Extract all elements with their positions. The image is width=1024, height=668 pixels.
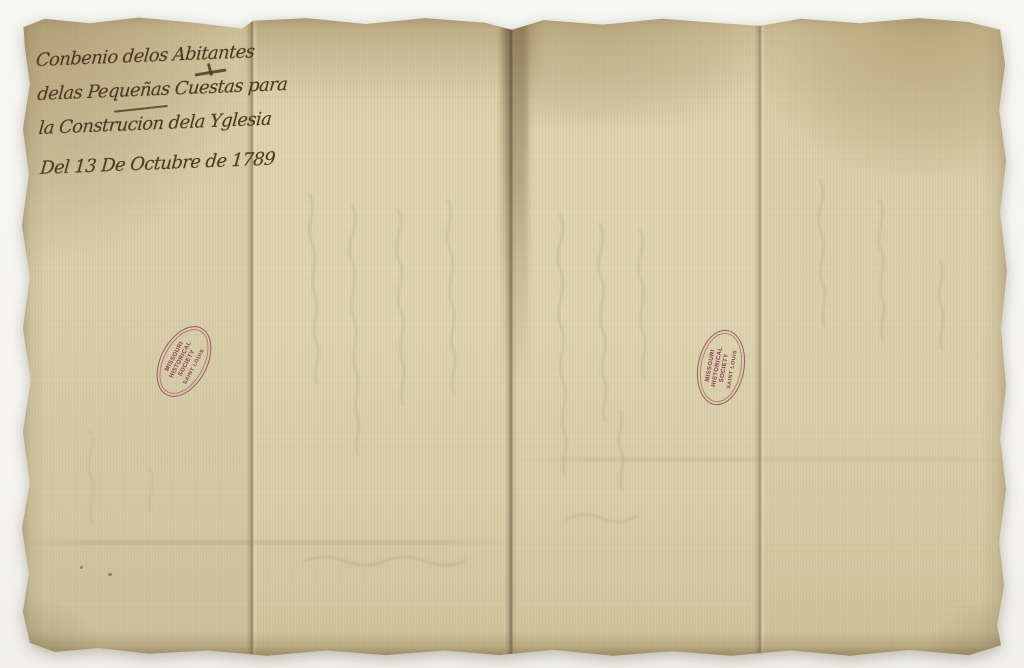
water-stain-top-panel3 — [515, 7, 775, 122]
ink-strikeout-stem — [207, 63, 213, 76]
manuscript-paper: Conbenio delos Abitantes delas Pequeñas … — [20, 13, 1008, 657]
ink-macron-mark — [114, 105, 168, 113]
vertical-fold-line-3 — [754, 13, 766, 657]
pencil-dot — [80, 566, 83, 569]
scan-background: Conbenio delos Abitantes delas Pequeñas … — [0, 0, 1024, 668]
handwritten-title: Conbenio delos Abitantes delas Pequeñas … — [36, 40, 287, 179]
stamp-missouri-historical-society-right: MISSOURI HISTORICAL SOCIETY SAINT LOUIS — [691, 326, 750, 409]
vertical-fold-line-2 — [505, 13, 517, 657]
handwritten-line-2: delas Pequeñas Cuestas para — [36, 74, 284, 105]
stamp-text: MISSOURI HISTORICAL SOCIETY SAINT LOUIS — [691, 326, 750, 409]
water-stain-top-right — [760, 5, 1010, 175]
pencil-dot — [108, 573, 112, 576]
horizontal-crease-right — [512, 458, 1008, 461]
water-stain-top-panel2 — [248, 7, 540, 99]
horizontal-crease-left — [20, 541, 512, 544]
handwritten-line-3: la Construcion dela Yglesia — [38, 108, 286, 139]
